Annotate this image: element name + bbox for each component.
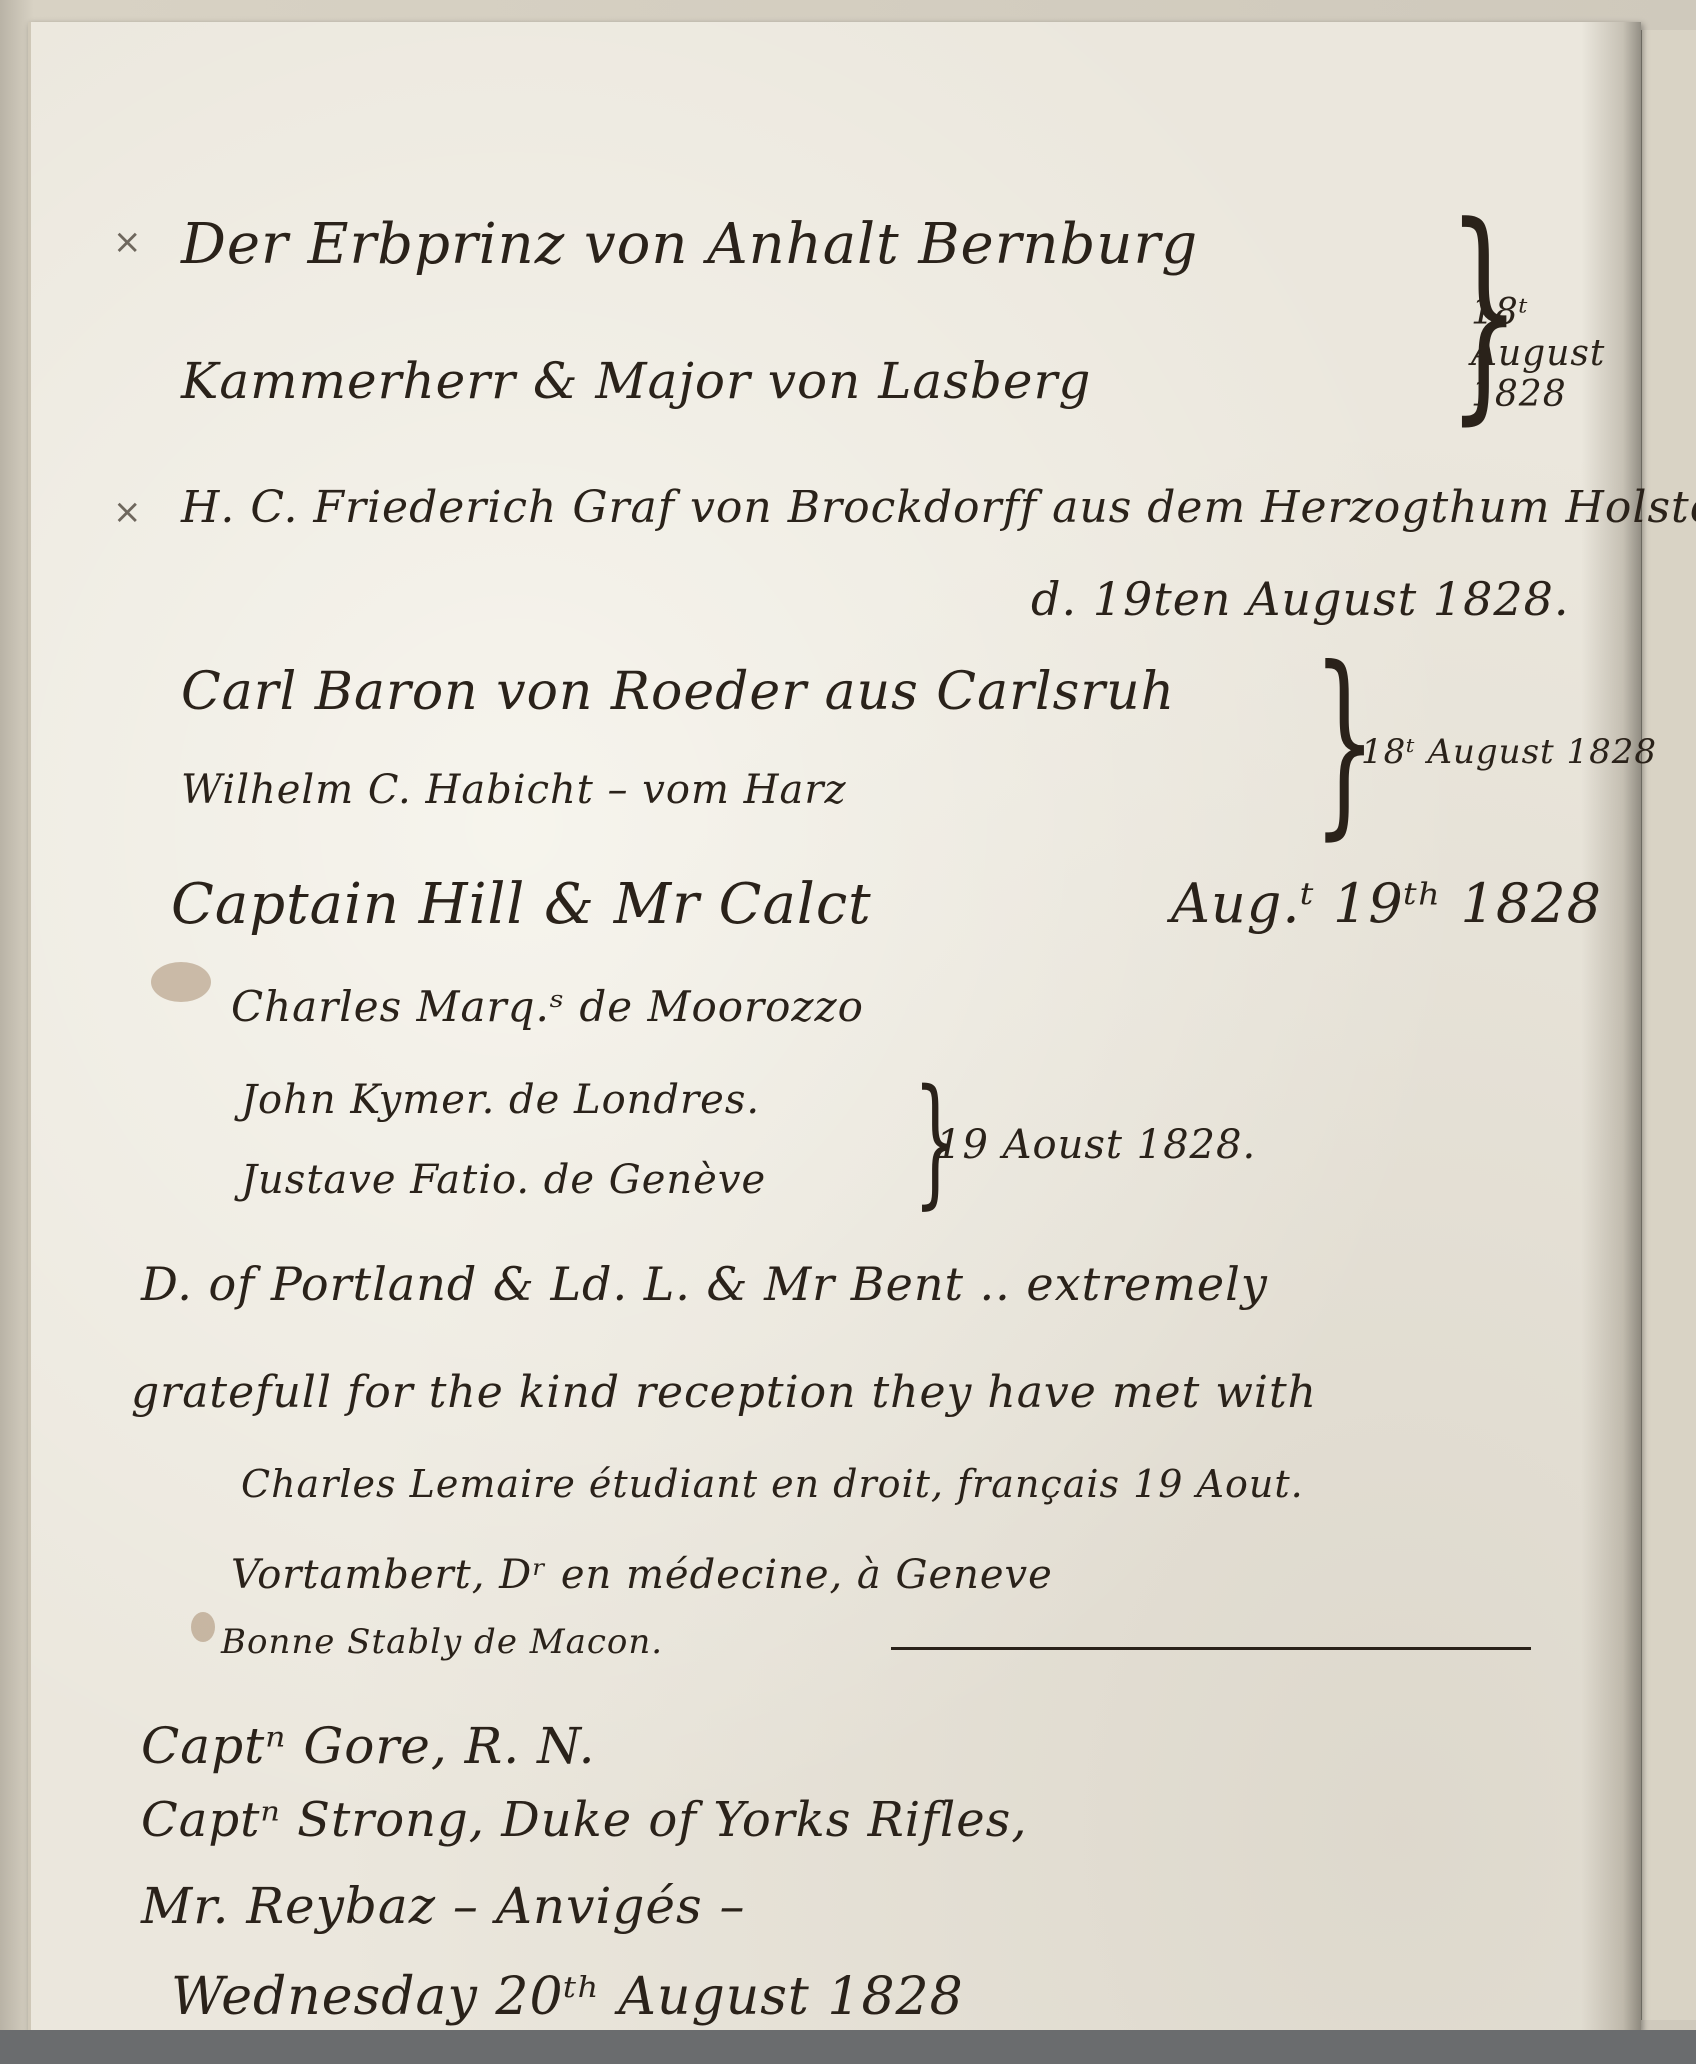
entry-line: Der Erbprinz von Anhalt Bernburg [181,212,1198,277]
entry-line: Captⁿ Strong, Duke of Yorks Rifles, [141,1792,1028,1848]
entry-line: Justave Fatio. de Genève [241,1157,766,1203]
entry-date: 19 Aoust 1828. [936,1122,1256,1168]
entry-line: Charles Marq.ˢ de Moorozzo [231,982,864,1031]
entry-date: 18ᵗ August 1828 [1471,292,1621,415]
entry-line: D. of Portland & Ld. L. & Mr Bent .. ext… [141,1257,1268,1311]
entry-line: Wednesday 20ᵗʰ August 1828 [171,1967,964,2027]
entry-line: Vortambert, Dʳ en médecine, à Geneve [231,1552,1053,1598]
entry-date: 18ᵗ August 1828 [1361,732,1657,772]
separator-line [891,1647,1531,1650]
cross-mark: × [113,222,142,262]
ink-stain [191,1612,215,1642]
entry-line: Charles Lemaire étudiant en droit, franç… [241,1462,1304,1506]
scan-edge [0,2030,1696,2064]
entry-date: Aug.ᵗ 19ᵗʰ 1828 [1171,872,1602,935]
entry-line: Carl Baron von Roeder aus Carlsruh [181,662,1175,722]
entry-line: John Kymer. de Londres. [241,1077,760,1123]
cross-mark: × [113,492,142,532]
entry-line: gratefull for the kind reception they ha… [131,1367,1317,1418]
entry-line: Captⁿ Gore, R. N. [141,1717,596,1775]
entry-line: Mr. Reybaz – Anvigés – [141,1877,746,1935]
entry-line: H. C. Friederich Graf von Brockdorff aus… [181,482,1696,533]
entry-line: Kammerherr & Major von Lasberg [181,352,1091,410]
manuscript-page: × Der Erbprinz von Anhalt Bernburg Kamme… [28,22,1641,2032]
entry-line: Captain Hill & Mr Calct [171,872,872,937]
entry-date: d. 19ten August 1828. [1031,572,1570,626]
ink-stain [151,962,211,1002]
entry-line: Bonne Stably de Macon. [221,1622,663,1662]
adjacent-page-edge [1640,30,1696,2020]
entry-line: Wilhelm C. Habicht – vom Harz [181,767,847,813]
